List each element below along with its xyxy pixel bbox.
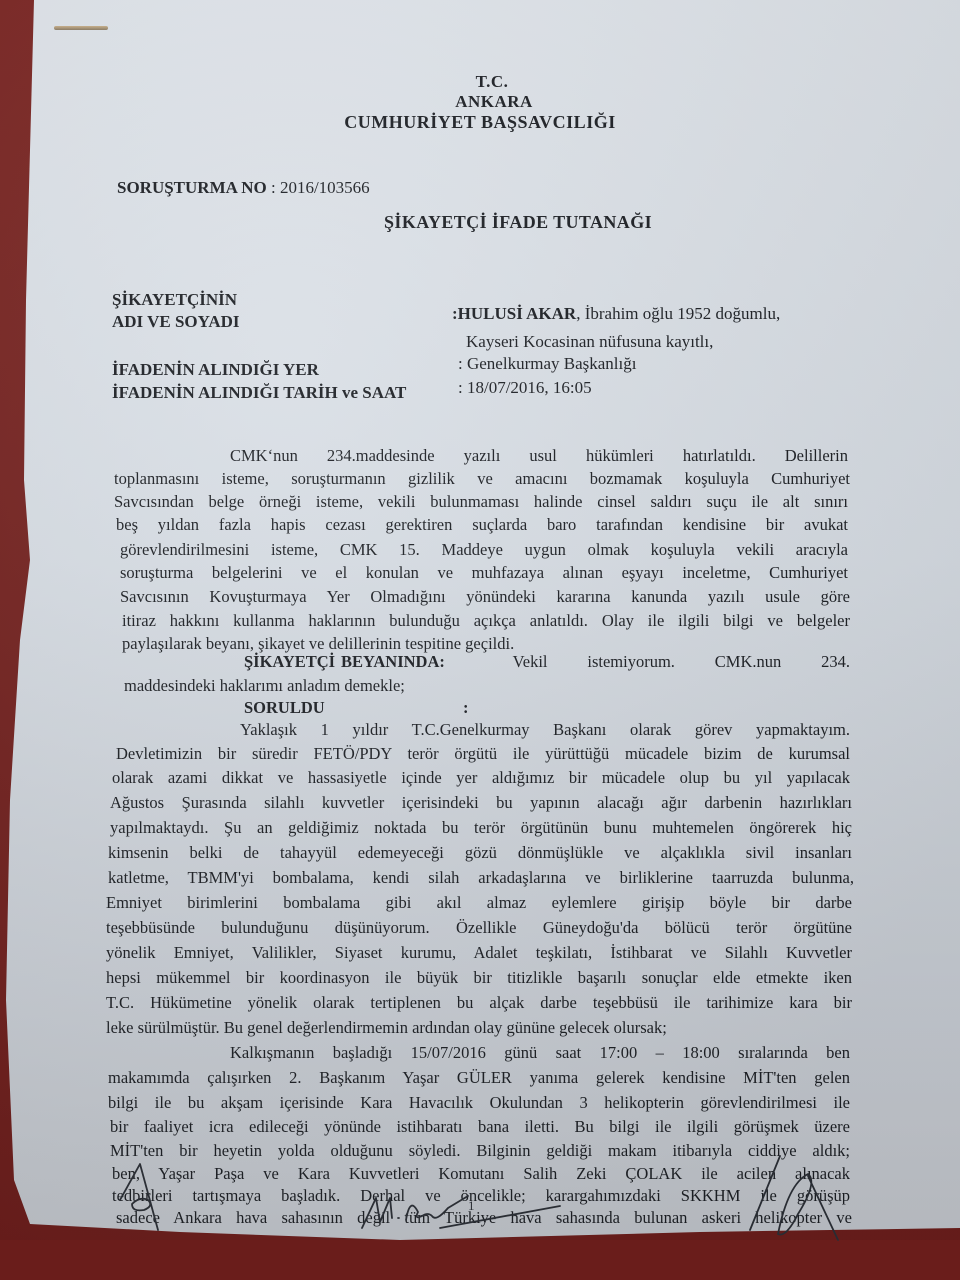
statement-label: ŞİKAYETÇİ BEYANINDA:	[244, 652, 445, 671]
complainant-name-rest: , İbrahim oğlu 1952 doğumlu,	[576, 304, 780, 323]
header-city: ANKARA	[0, 92, 960, 112]
body-line: Savcısından belge örneği isteme, vekili …	[114, 492, 848, 512]
body-line: paylaşılarak beyanı, şikayet ve deliller…	[122, 634, 850, 654]
asked-colon: :	[463, 698, 469, 717]
place-label: İFADENİN ALINDIĞI YER	[112, 360, 319, 380]
asked-line: SORULDU :	[244, 698, 544, 718]
body-line: görevlendirilmesini isteme, CMK 15. Madd…	[120, 540, 848, 560]
body-line: kimsenin belki de tahayyül edemeyeceği g…	[108, 843, 852, 863]
body-line: CMK‘nun 234.maddesinde yazılı usul hüküm…	[230, 446, 848, 466]
body-line: Emniyet birimlerini bombalama gibi akıl …	[106, 893, 852, 913]
investigation-number-value: : 2016/103566	[271, 178, 370, 197]
investigation-number-label: SORUŞTURMA NO	[117, 178, 267, 197]
body-line: beş yıldan fazla hapis cezası gerektiren…	[116, 515, 848, 535]
photo-background: T.C. ANKARA CUMHURİYET BAŞSAVCILIĞI SORU…	[0, 0, 960, 1280]
statement-line-2: maddesindeki haklarımı anladım demekle;	[124, 676, 850, 696]
body-line: Devletimizin bir süredir FETÖ/PDY terör …	[116, 744, 850, 764]
body-line: Yaklaşık 1 yıldır T.C.Genelkurmay Başkan…	[240, 720, 850, 740]
body-line: Ağustos Şurasında silahlı kuvvetler içer…	[110, 793, 852, 813]
body-line: yönelik Emniyet, Valilikler, Siyaset kur…	[106, 943, 852, 963]
header-office: CUMHURİYET BAŞSAVCILIĞI	[0, 112, 960, 133]
complainant-registry: Kayseri Kocasinan nüfusuna kayıtlı,	[466, 332, 713, 352]
complainant-label-2: ADI VE SOYADI	[112, 312, 240, 332]
statement-line: ŞİKAYETÇİ BEYANINDA: Vekil istemiyorum. …	[244, 652, 850, 672]
body-line: yapılmaktaydı. Şu an geldiğimiz noktada …	[110, 818, 852, 838]
signature-left-icon	[110, 1160, 230, 1250]
statement-text: Vekil istemiyorum. CMK.nun 234.	[513, 652, 850, 671]
staple	[54, 26, 108, 30]
body-line: itiraz hakkını kullanma haklarının bulun…	[122, 611, 850, 631]
document-title: ŞİKAYETÇİ İFADE TUTANAĞI	[0, 212, 960, 233]
body-line: T.C. Hükümetine yönelik olarak tertiplen…	[106, 993, 852, 1013]
complainant-name-bold: :HULUSİ AKAR	[452, 304, 576, 323]
page-number: 1	[468, 1198, 475, 1214]
body-line: Savcısının Kovuşturmaya Yer Olmadığını y…	[120, 587, 850, 607]
body-line: makamımda çalışırken 2. Başkanım Yaşar G…	[108, 1068, 850, 1088]
body-line: Kalkışmanın başladığı 15/07/2016 günü sa…	[230, 1043, 850, 1063]
asked-label: SORULDU	[244, 698, 325, 717]
body-line: leke sürülmüştür. Bu genel değerlendirme…	[106, 1018, 852, 1038]
body-line: MİT'ten bir heyetin yolda olduğunu söyle…	[110, 1141, 850, 1161]
signature-center-icon	[350, 1188, 580, 1248]
header-tc: T.C.	[0, 72, 960, 92]
body-line: olarak azami dikkat ve hassasiyetle için…	[112, 768, 850, 788]
body-line: soruşturma belgelerini ve el konulan ve …	[120, 563, 848, 583]
body-line: hepsi mükemmel bir koordinasyon ile büyü…	[106, 968, 852, 988]
body-line: bilgi ile bu akşam içerisinde Kara Havac…	[108, 1093, 850, 1113]
body-line: toplanmasını isteme, soruşturmanın gizli…	[114, 469, 850, 489]
complainant-label-1: ŞİKAYETÇİNİN	[112, 290, 237, 310]
signature-right-icon	[740, 1150, 870, 1260]
place-value: : Genelkurmay Başkanlığı	[458, 354, 636, 374]
body-line: katletme, TBMM'yi bombalama, kendi silah…	[108, 868, 854, 888]
date-label: İFADENİN ALINDIĞI TARİH ve SAAT	[112, 383, 406, 403]
complainant-name: :HULUSİ AKAR, İbrahim oğlu 1952 doğumlu,	[452, 304, 780, 324]
date-value: : 18/07/2016, 16:05	[458, 378, 592, 398]
body-line: bir faaliyet icra edileceği yönünde isti…	[110, 1117, 850, 1137]
investigation-number: SORUŞTURMA NO : 2016/103566	[117, 178, 370, 198]
body-line: teşebbüsünde bulunduğunu düşünüyorum. Öz…	[106, 918, 852, 938]
